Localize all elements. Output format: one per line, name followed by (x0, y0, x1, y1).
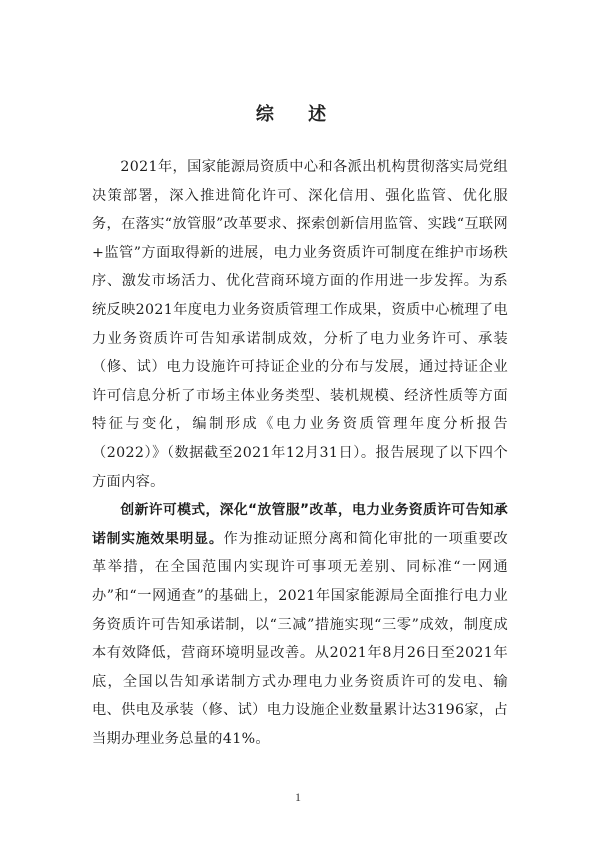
document-body: 2021年，国家能源局资质中心和各派出机构贯彻落实局党组决策部署，深入推进简化许… (92, 153, 508, 753)
page-title: 综 述 (0, 103, 596, 127)
document-page: 综 述 2021年，国家能源局资质中心和各派出机构贯彻落实局党组决策部署，深入推… (0, 0, 596, 843)
paragraph-text: 作为推动证照分离和简化审批的一项重要改革举措，在全国范围内实现许可事项无差别、同… (92, 531, 508, 747)
paragraph-text: 2021年，国家能源局资质中心和各派出机构贯彻落实局党组决策部署，深入推进简化许… (92, 159, 508, 490)
page-number: 1 (0, 790, 596, 805)
paragraph-permit-reform: 创新许可模式，深化“放管服”改革，电力业务资质许可告知承诺制实施效果明显。作为推… (92, 496, 508, 753)
paragraph-overview: 2021年，国家能源局资质中心和各派出机构贯彻落实局党组决策部署，深入推进简化许… (92, 153, 508, 496)
